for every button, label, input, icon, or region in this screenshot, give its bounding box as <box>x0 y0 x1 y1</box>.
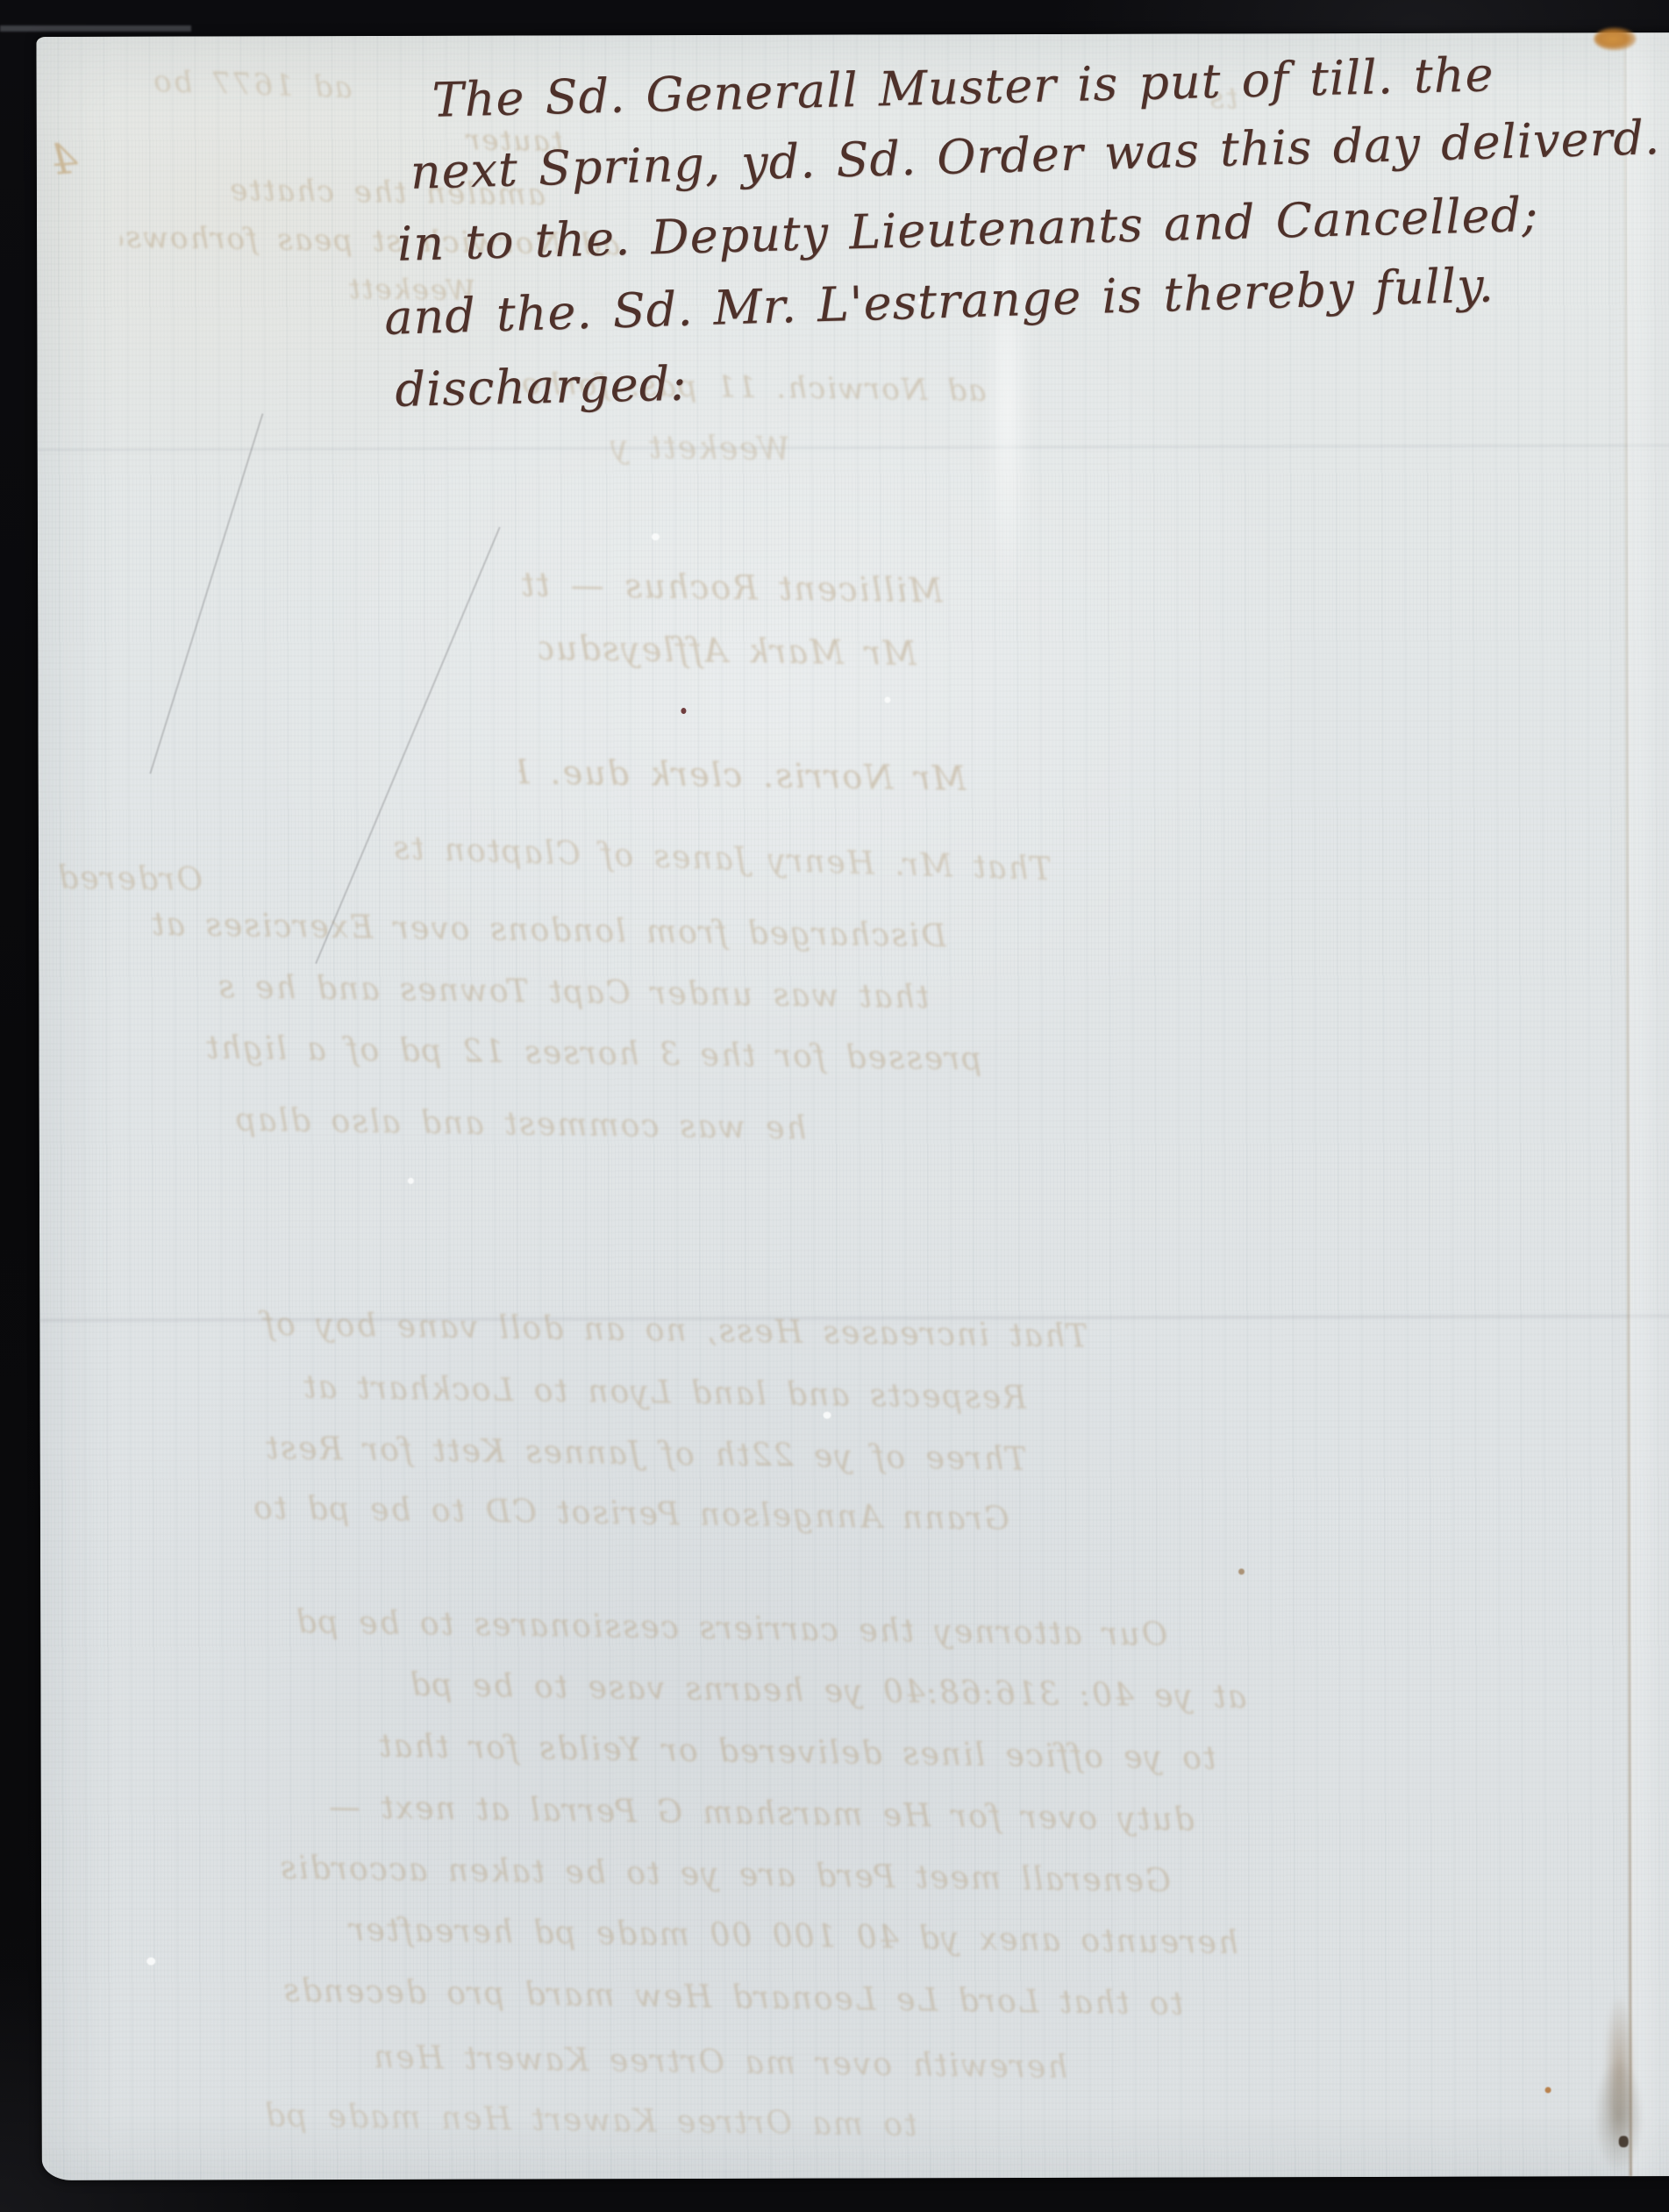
bleedthrough-line: Respects and land Lyon to Lockhart at <box>158 1367 1026 1416</box>
ink-speck <box>681 708 686 714</box>
bleedthrough-line: Generall meet Perd are ye to be taken ac… <box>66 1847 1171 1900</box>
paper-fleck <box>408 1178 414 1184</box>
bleedthrough-line: Three of ye 22th of Jannes Kett for Rest <box>149 1429 1026 1478</box>
dark-speck <box>1619 2136 1629 2147</box>
bleedthrough-line: to ye office lines delivered or Yeilds f… <box>75 1724 1216 1777</box>
page-number-showthrough: 4 <box>49 134 80 185</box>
ink-line-1: The Sd. Generall Muster is put of till. … <box>432 46 1494 128</box>
foxing-speck <box>1238 1568 1245 1574</box>
bleedthrough-line: Discharged from londons over Exercises a… <box>148 907 947 954</box>
bleedthrough-line: Millicent Rochus — tts <box>522 565 944 610</box>
bleedthrough-line: That Mr. Henry Janes of Clapton ts <box>340 829 1052 888</box>
adjacent-leaf-edge <box>0 25 191 32</box>
bleedthrough-line: That increases Hess, no an doll vane boy… <box>202 1306 1088 1355</box>
bleedthrough-line: to ma Ortree Kawert Hen made pd <box>57 2094 917 2144</box>
hairline-crease <box>315 527 501 964</box>
paper-fleck <box>146 1958 155 1966</box>
bleedthrough-line: herewith over ma Ortree Kawert Hen <box>59 2035 1067 2086</box>
bleedthrough-line: Weekett y <box>517 428 790 468</box>
bleedthrough-line: hereunto anex yd 40 100 00 made pd herea… <box>63 1908 1238 1961</box>
foxing-speck <box>1545 2087 1551 2093</box>
ink-line-5: discharged: <box>395 356 688 417</box>
bleedthrough-line: he was commest and also dlap <box>131 1101 807 1146</box>
paper-fleck <box>884 696 890 703</box>
bleedthrough-line: ad 1677 bo <box>141 63 353 105</box>
ink-line-4: and the. Sd. Mr. L'estrange is thereby f… <box>383 257 1494 346</box>
horizontal-fold-crease-upper <box>38 445 1669 451</box>
bleedthrough-line: at ye 40: 316:68:40 ye hearns vase to be… <box>80 1662 1246 1716</box>
rust-stain <box>1594 27 1636 50</box>
ink-line-3: in to the. Deputy Lieutenants and Cancel… <box>396 187 1539 272</box>
damp-stain <box>1594 2059 1643 2173</box>
bleedthrough-line: duty over for He marsham G Perral at nex… <box>72 1786 1195 1838</box>
paper-fleck <box>652 533 660 540</box>
bleedthrough-line: Ordered <box>40 860 203 898</box>
bleedthrough-line: Mr Norris. clerk due. Ret <box>518 753 966 798</box>
hairline-crease <box>149 413 263 774</box>
bleedthrough-line: Mr Mark Affleysduo <box>539 629 917 673</box>
bleedthrough-line: pressed for the 3 horses 12 pd of a ligh… <box>139 1029 982 1077</box>
bleedthrough-line: Our attorney the carriers cessionares to… <box>132 1602 1167 1653</box>
scanned-manuscript-screenshot: { "document": { "kind": "17th-century ha… <box>0 0 1669 2212</box>
right-fold-panel-highlight <box>1626 32 1669 2176</box>
manuscript-page: ad 1677 botstauteramalen the chattead No… <box>36 32 1669 2180</box>
bleedthrough-line: to that Lord Le Leonard Hew mard pro dec… <box>61 1970 1183 2023</box>
bleedthrough-line: Grann Anngelson Perisot CD to be pd to <box>124 1488 1009 1538</box>
bleedthrough-line: that was under Capt Townes and he s <box>148 968 930 1016</box>
